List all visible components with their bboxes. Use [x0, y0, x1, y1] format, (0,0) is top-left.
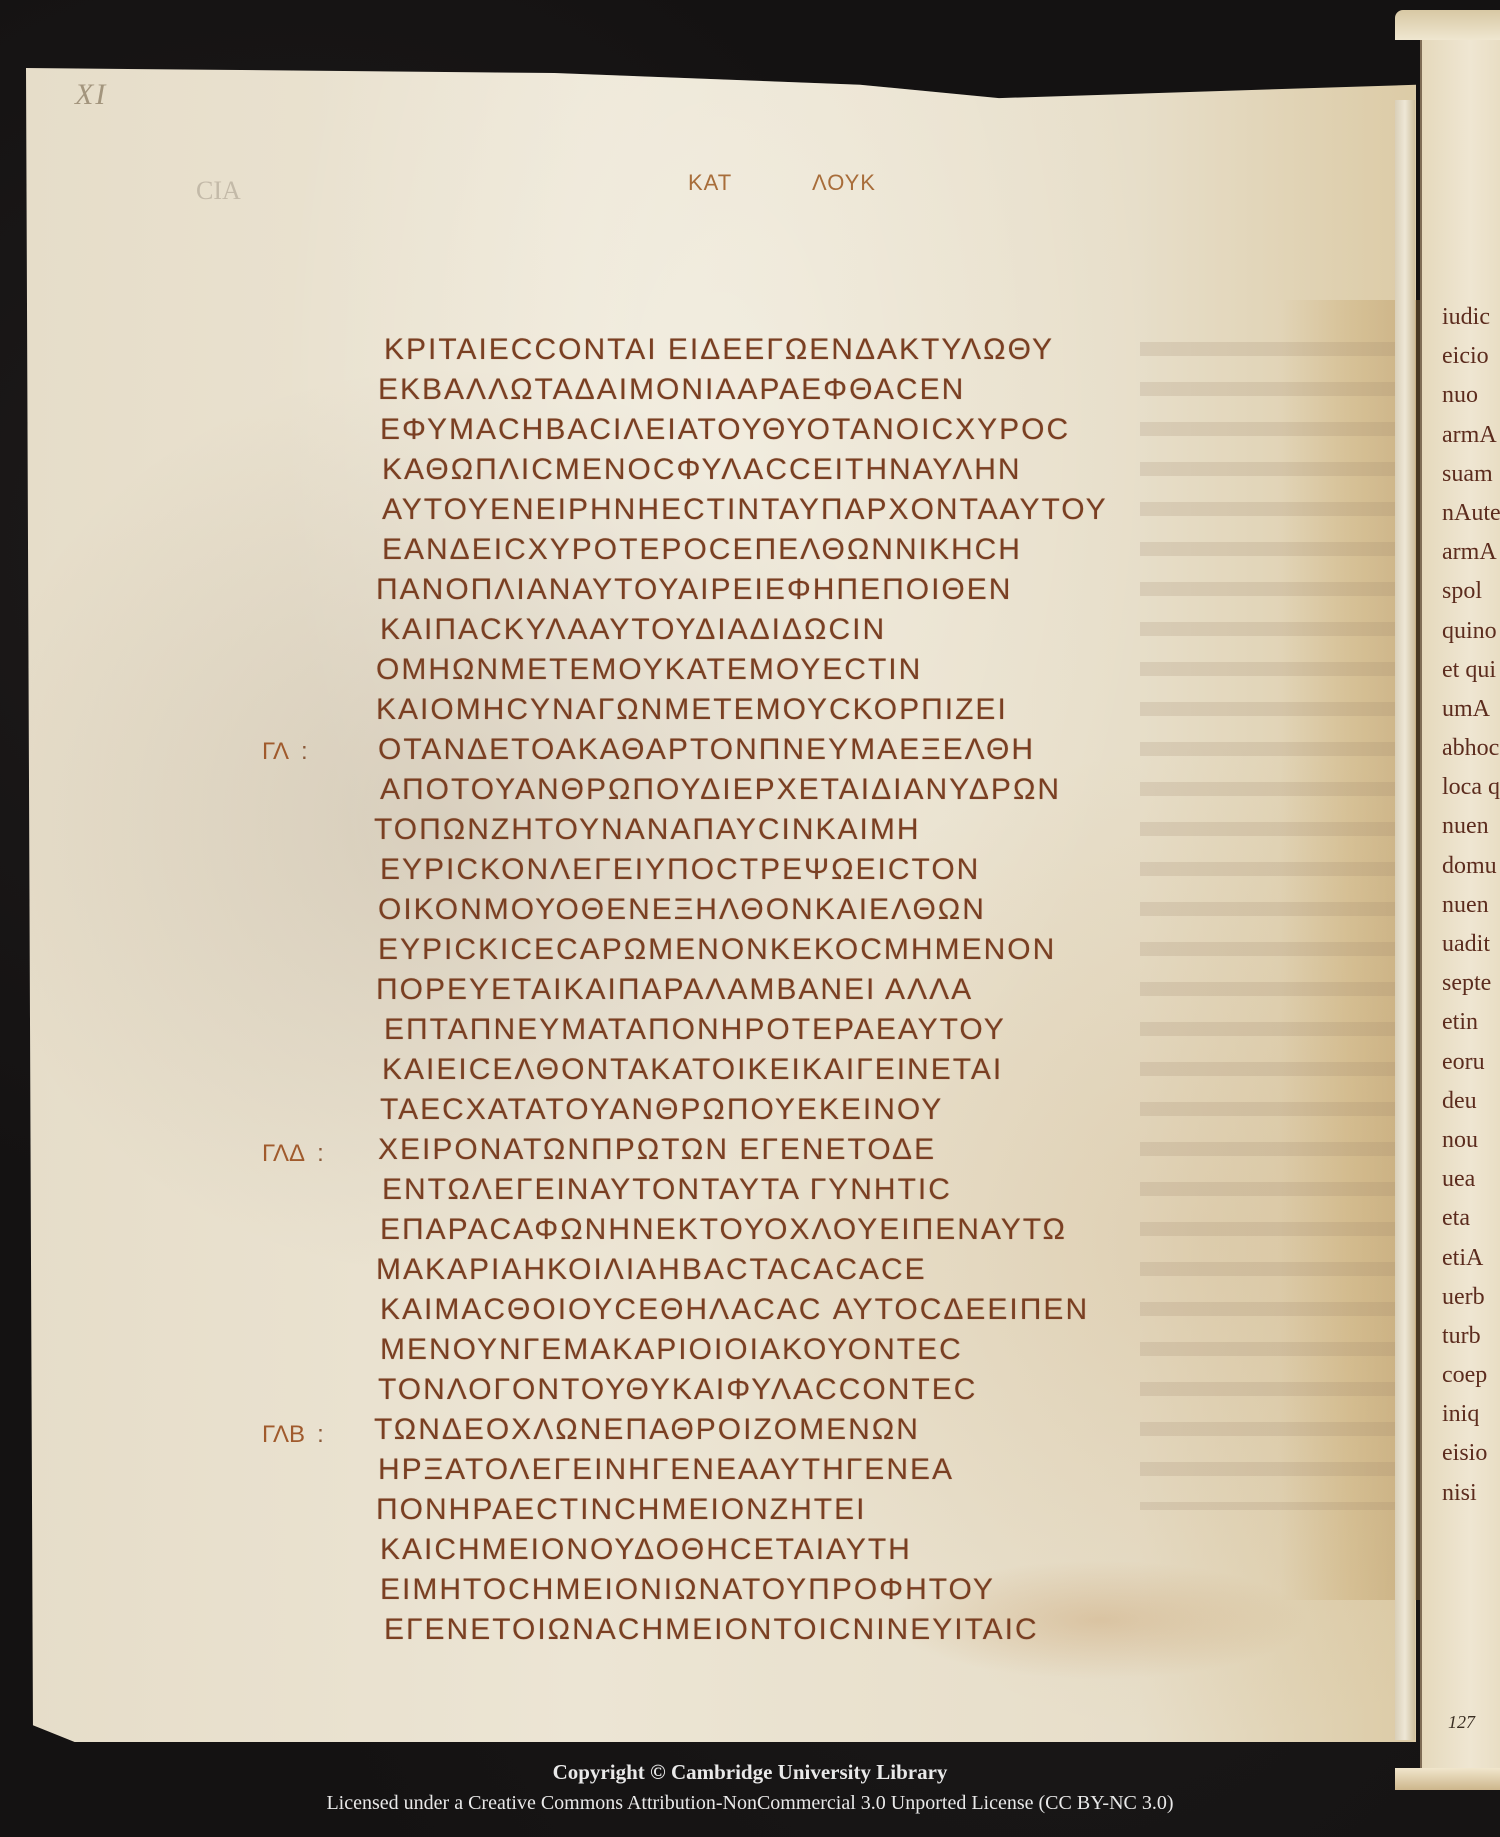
manuscript-line: ΟΤΑΝΔΕΤΟΑΚΑΘΑΡΤΟΝΠΝΕΥΜΑΕΞΕΛΘΗ [378, 730, 1108, 770]
manuscript-line: ΚΡΙΤΑΙΕССΟΝΤΑΙ ΕΙΔΕΕΓΩΕΝΔΑΚΤΥΛΩΘΥ [384, 330, 1108, 370]
manuscript-line: ΕΓΕΝΕΤΟΙΩΝΑСΗΜΕΙΟΝΤΟΙСΝΙΝΕΥΙΤΑΙС [384, 1610, 1108, 1650]
manuscript-line: ΤΟΠΩΝΖΗΤΟΥΝΑΝΑΠΑΥСΙΝΚΑΙΜΗ [374, 810, 1108, 850]
manuscript-line: ΤΑΕСΧΑΤΑΤΟΥΑΝΘΡΩΠΟΥΕΚΕΙΝΟΥ [380, 1090, 1108, 1130]
latin-line-fragment: eoru [1442, 1043, 1500, 1082]
latin-line-fragment: uea [1442, 1160, 1500, 1199]
latin-line-fragment: eisio [1442, 1434, 1500, 1473]
ghost-heading: CIA [196, 176, 241, 206]
marker-colon: : [317, 1421, 324, 1448]
manuscript-line: ΕΑΝΔΕΙСΧΥΡΟΤΕΡΟСΕΠΕΛΘΩΝΝΙΚΗСΗ [382, 530, 1108, 570]
manuscript-line: ΚΑΙΜΑСΘΟΙΟΥСΕΘΗΛΑСΑС ΑΥΤΟСΔΕΕΙΠΕΝ [380, 1290, 1108, 1330]
latin-line-fragment: coep [1442, 1356, 1500, 1395]
manuscript-line: ΚΑΘΩΠΛΙСΜΕΝΟСΦΥΛΑССΕΙΤΗΝΑΥΛΗΝ [382, 450, 1108, 490]
manuscript-line: ΕΝΤΩΛΕΓΕΙΝΑΥΤΟΝΤΑΥΤΑ ΓΥΝΗΤΙС [382, 1170, 1108, 1210]
manuscript-line: ΚΑΙСΗΜΕΙΟΝΟΥΔΟΘΗСΕΤΑΙΑΥΤΗ [380, 1530, 1108, 1570]
main-text-column: ΚΡΙΤΑΙΕССΟΝΤΑΙ ΕΙΔΕΕΓΩΕΝΔΑΚΤΥΛΩΘΥΕΚΒΑΛΛΩ… [384, 330, 1108, 1650]
section-marker: ΓΛΒ: [262, 1421, 324, 1449]
facing-page-top-edge [1395, 10, 1500, 40]
latin-line-fragment: nAute [1442, 494, 1500, 533]
latin-line-fragment: turb [1442, 1317, 1500, 1356]
latin-line-fragment: suam [1442, 455, 1500, 494]
manuscript-line: ΠΟΝΗΡΑΕСΤΙΝСΗΜΕΙΟΝΖΗΤΕΙ [376, 1490, 1108, 1530]
marker-colon: : [301, 738, 308, 765]
manuscript-line: ΧΕΙΡΟΝΑΤΩΝΠΡΩΤΩΝ ΕΓΕΝΕΤΟΔΕ [378, 1130, 1108, 1170]
latin-line-fragment: nuo [1442, 376, 1500, 415]
latin-line-fragment: domu [1442, 847, 1500, 886]
latin-line-fragment: iudic [1442, 298, 1500, 337]
copyright-line: Copyright © Cambridge University Library [0, 1760, 1500, 1785]
manuscript-line: ΕΠΑΡΑСΑΦΩΝΗΝΕΚΤΟΥΟΧΛΟΥΕΙΠΕΝΑΥΤΩ [380, 1210, 1108, 1250]
latin-line-fragment: nou [1442, 1121, 1500, 1160]
section-marker: ΓΛ: [262, 738, 308, 766]
gutter-strip [1395, 100, 1415, 1740]
running-title-right: ΛΟΥΚ [812, 170, 876, 196]
facing-page-latin-column: iudiceicionuoarmAsuamnAutearmAspolquinoe… [1442, 298, 1500, 1513]
latin-line-fragment: nuen [1442, 807, 1500, 846]
manuscript-line: ΚΑΙΕΙСΕΛΘΟΝΤΑΚΑΤΟΙΚΕΙΚΑΙΓΕΙΝΕΤΑΙ [382, 1050, 1108, 1090]
marker-colon: : [317, 1140, 324, 1167]
license-line: Licensed under a Creative Commons Attrib… [0, 1792, 1500, 1815]
manuscript-line: ΕΠΤΑΠΝΕΥΜΑΤΑΠΟΝΗΡΟΤΕΡΑΕΑΥΤΟΥ [384, 1010, 1108, 1050]
manuscript-line: ΕΥΡΙСΚΟΝΛΕΓΕΙΥΠΟСΤΡΕΨΩΕΙСΤΟΝ [380, 850, 1108, 890]
latin-line-fragment: et qui [1442, 651, 1500, 690]
latin-line-fragment: iniq [1442, 1395, 1500, 1434]
manuscript-line: ΜΕΝΟΥΝΓΕΜΑΚΑΡΙΟΙΟΙΑΚΟΥΟΝΤΕС [380, 1330, 1108, 1370]
manuscript-line: ΟΙΚΟΝΜΟΥΟΘΕΝΕΞΗΛΘΟΝΚΑΙΕΛΘΩΝ [378, 890, 1108, 930]
manuscript-line: ΚΑΙΠΑСΚΥΛΑΑΥΤΟΥΔΙΑΔΙΔΩСΙΝ [380, 610, 1108, 650]
manuscript-line: ΑΥΤΟΥΕΝΕΙΡΗΝΗΕСΤΙΝΤΑΥΠΑΡΧΟΝΤΑΑΥΤΟΥ [382, 490, 1108, 530]
latin-line-fragment: eicio [1442, 337, 1500, 376]
latin-line-fragment: nisi [1442, 1474, 1500, 1513]
latin-line-fragment: spol [1442, 572, 1500, 611]
manuscript-line: ΗΡΞΑΤΟΛΕΓΕΙΝΗΓΕΝΕΑΑΥΤΗΓΕΝΕΑ [378, 1450, 1108, 1490]
latin-line-fragment: nuen [1442, 886, 1500, 925]
show-through-text [1140, 330, 1395, 1510]
manuscript-line: ΕΦΥΜΑСΗΒΑСΙΛΕΙΑΤΟΥΘΥΟΤΑΝΟΙСΧΥΡΟС [380, 410, 1108, 450]
latin-line-fragment: abhoc [1442, 729, 1500, 768]
top-margin-note: XI [75, 78, 107, 112]
latin-line-fragment: uadit [1442, 925, 1500, 964]
latin-line-fragment: umA [1442, 690, 1500, 729]
latin-line-fragment: etin [1442, 1003, 1500, 1042]
latin-line-fragment: uerb [1442, 1278, 1500, 1317]
section-marker-label: ΓΛΒ [262, 1421, 305, 1448]
latin-line-fragment: quino [1442, 612, 1500, 651]
latin-line-fragment: etiA [1442, 1239, 1500, 1278]
section-marker-label: ΓΛ [262, 738, 289, 765]
latin-line-fragment: deu [1442, 1082, 1500, 1121]
section-marker: ΓΛΔ: [262, 1140, 324, 1168]
manuscript-line: ΕΙΜΗΤΟСΗΜΕΙΟΝΙΩΝΑΤΟΥΠΡΟΦΗΤΟΥ [380, 1570, 1108, 1610]
section-marker-label: ΓΛΔ [262, 1140, 305, 1167]
latin-line-fragment: armA [1442, 416, 1500, 455]
manuscript-line: ΠΟΡΕΥΕΤΑΙΚΑΙΠΑΡΑΛΑΜΒΑΝΕΙ ΑΛΛΑ [376, 970, 1108, 1010]
folio-number: 127 [1448, 1712, 1475, 1733]
manuscript-line: ΕΥΡΙСΚΙСΕСΑΡΩΜΕΝΟΝΚΕΚΟСΜΗΜΕΝΟΝ [378, 930, 1108, 970]
latin-line-fragment: armA [1442, 533, 1500, 572]
manuscript-line: ΟΜΗΩΝΜΕΤΕΜΟΥΚΑΤΕΜΟΥΕСΤΙΝ [376, 650, 1108, 690]
manuscript-line: ΤΟΝΛΟΓΟΝΤΟΥΘΥΚΑΙΦΥΛΑССΟΝΤΕС [378, 1370, 1108, 1410]
manuscript-line: ΠΑΝΟΠΛΙΑΝΑΥΤΟΥΑΙΡΕΙΕΦΗΠΕΠΟΙΘΕΝ [376, 570, 1108, 610]
manuscript-line: ΤΩΝΔΕΟΧΛΩΝΕΠΑΘΡΟΙΖΟΜΕΝΩΝ [374, 1410, 1108, 1450]
manuscript-line: ΑΠΟΤΟΥΑΝΘΡΩΠΟΥΔΙΕΡΧΕΤΑΙΔΙΑΝΥΔΡΩΝ [380, 770, 1108, 810]
latin-line-fragment: loca q [1442, 768, 1500, 807]
manuscript-line: ΕΚΒΑΛΛΩΤΑΔΑΙΜΟΝΙΑΑΡΑΕΦΘΑСΕΝ [378, 370, 1108, 410]
latin-line-fragment: eta [1442, 1199, 1500, 1238]
manuscript-line: ΜΑΚΑΡΙΑΗΚΟΙΛΙΑΗΒΑСΤΑСΑСΑСΕ [376, 1250, 1108, 1290]
latin-line-fragment: septe [1442, 964, 1500, 1003]
manuscript-line: ΚΑΙΟΜΗСΥΝΑΓΩΝΜΕΤΕΜΟΥСΚΟΡΠΙΖΕΙ [376, 690, 1108, 730]
running-title-left: ΚΑΤ [688, 170, 732, 196]
